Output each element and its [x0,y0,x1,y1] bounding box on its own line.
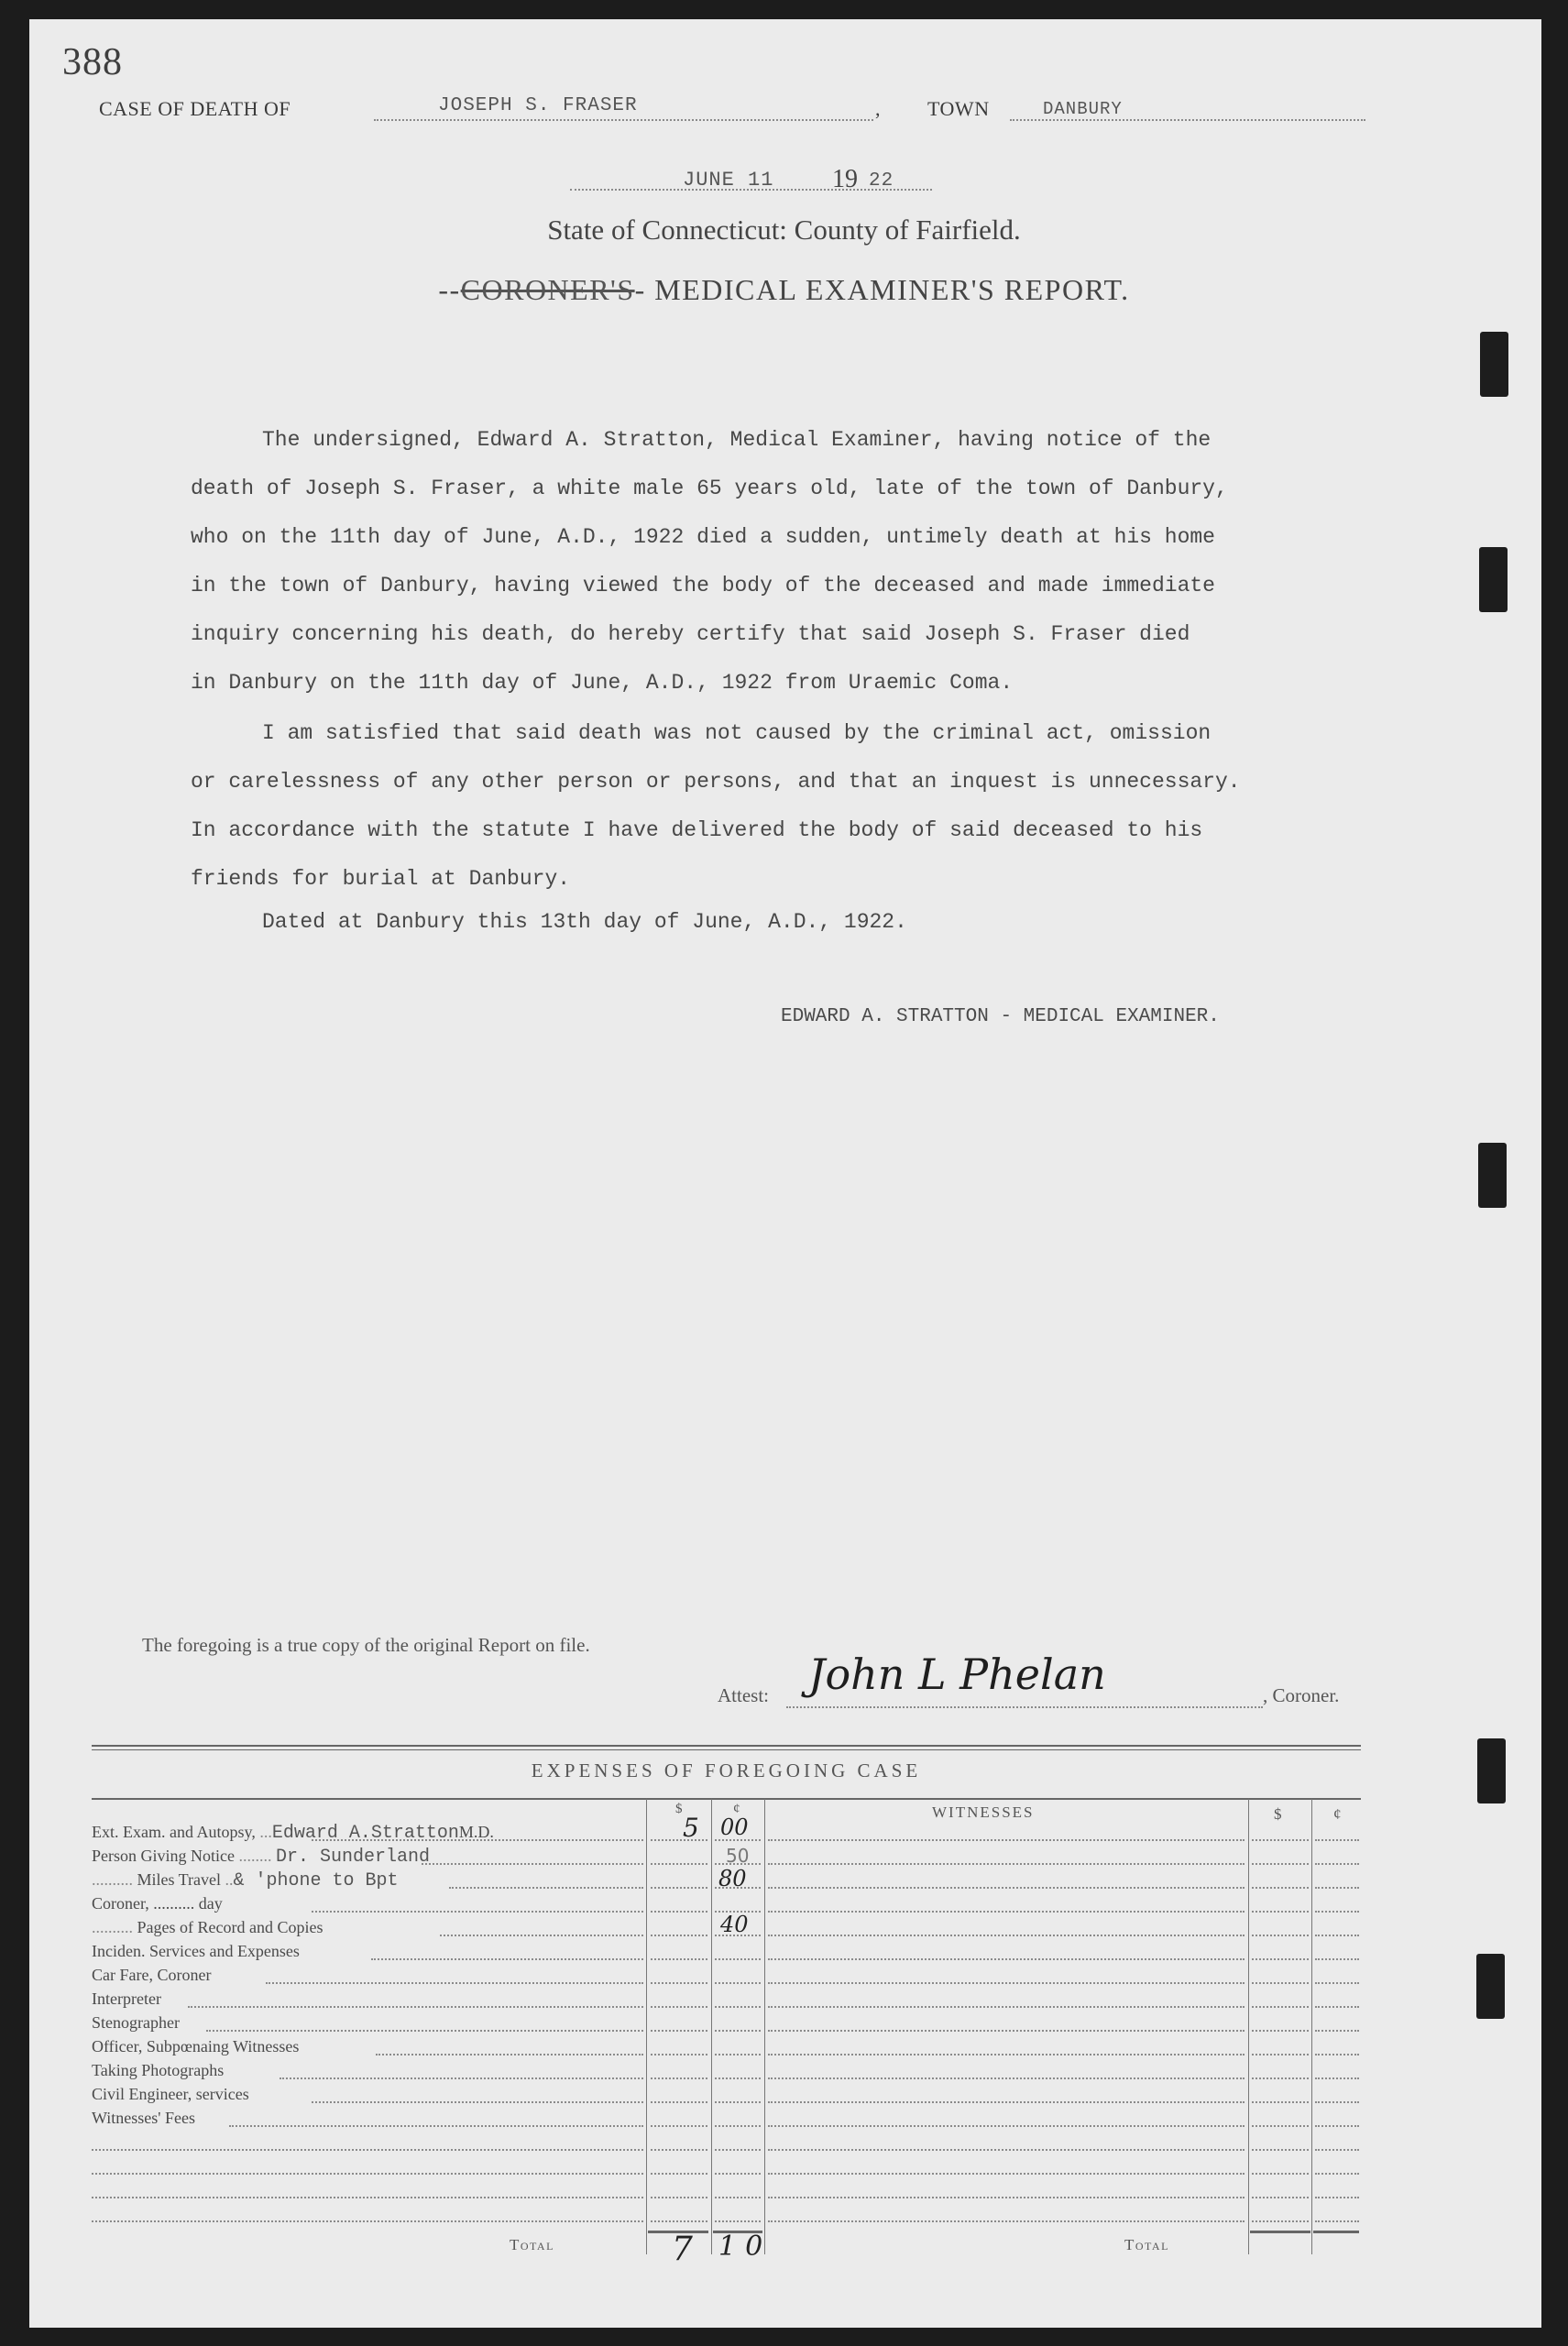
witness-dollar-header: $ [1274,1805,1282,1824]
expense-row-stenographer: Stenographer [92,2011,180,2034]
body-line: The undersigned, Edward A. Stratton, Med… [191,416,1228,465]
body-line: I am satisfied that said death was not c… [191,709,1241,758]
attest-dotted-line [786,1706,1263,1708]
autopsy-dollars: 5 [683,1813,699,1843]
report-title-main: MEDICAL EXAMINER'S REPORT. [654,273,1129,306]
struck-coroners-word: CORONER'S [461,273,635,306]
expense-label: Interpreter [92,1987,161,2011]
witness-cent-header: ¢ [1333,1805,1342,1824]
body-line: death of Joseph S. Fraser, a white male … [191,465,1228,513]
case-name-dotted-line [374,119,873,121]
town-dotted-line [1010,119,1365,121]
expenses-header-rule [92,1798,1361,1800]
dated-line: Dated at Danbury this 13th day of June, … [262,898,907,947]
town-label: TOWN [927,97,990,121]
expense-label: Witnesses' Fees [92,2106,195,2130]
report-title: --CORONER'S- MEDICAL EXAMINER'S REPORT. [0,273,1568,307]
body-line: In accordance with the statute I have de… [191,806,1241,855]
expense-filled-name: & 'phone to Bpt [234,1870,399,1891]
body-paragraph-2: I am satisfied that said death was not c… [191,709,1241,904]
expenses-top-rule [92,1745,1361,1747]
body-paragraph-1: The undersigned, Edward A. Stratton, Med… [191,416,1228,707]
witness-dollar-column-line [1248,1799,1249,2254]
index-tab-5 [1476,1954,1505,2019]
expenses-top-rule-2 [92,1749,1361,1750]
expense-row-pages: .......... Pages of Record and Copies [92,1915,323,1939]
true-copy-statement: The foregoing is a true copy of the orig… [142,1634,590,1657]
index-tab-2 [1479,547,1508,612]
state-county-line: State of Connecticut: County of Fairfiel… [0,214,1568,247]
expense-label: Ext. Exam. and Autopsy, [92,1820,256,1844]
town-value: DANBURY [1043,99,1123,119]
attest-label: Attest: [718,1684,769,1707]
dollar-header: $ [675,1802,683,1817]
witness-cent-total-rule [1313,2231,1359,2233]
cent-column-left-line [711,1799,712,2254]
expense-label: Officer, Subpœnaing Witnesses [92,2034,299,2058]
attest-signature: John L Phelan [808,1650,1106,1699]
case-name-comma: , [875,97,881,121]
body-line: in Danbury on the 11th day of June, A.D.… [191,659,1228,707]
total-cents: 10 [718,2231,772,2263]
expense-row-civil-engineer: Civil Engineer, services [92,2082,249,2106]
date-century: 19 [832,165,858,194]
miles-cents: 80 [718,1866,747,1891]
expense-row-witness-fees: Witnesses' Fees [92,2106,195,2130]
index-tab-3 [1478,1143,1507,1208]
notice-cents: 50 [726,1845,749,1867]
typed-signature: EDWARD A. STRATTON - MEDICAL EXAMINER. [781,1006,1220,1027]
witness-cent-column-line [1311,1799,1312,2254]
witness-total-label: Total [1124,2236,1169,2254]
total-dollars: 7 [672,2231,693,2268]
expense-filled-name: Dr. Sunderland [276,1847,430,1868]
expense-row-inciden: Inciden. Services and Expenses [92,1939,300,1963]
expense-label: Car Fare, Coroner [92,1963,211,1987]
expense-row-coroner-day: Coroner, .......... day [92,1891,223,1915]
index-tab-1 [1480,332,1508,397]
body-line: in the town of Danbury, having viewed th… [191,562,1228,610]
body-line: who on the 11th day of June, A.D., 1922 … [191,513,1228,562]
expense-label: Coroner, .......... day [92,1891,223,1915]
expense-label: Stenographer [92,2011,180,2034]
coroner-label: , Coroner. [1263,1684,1339,1707]
expense-row-photographs: Taking Photographs [92,2058,224,2082]
expense-row-miles: .......... Miles Travel ..& 'phone to Bp… [92,1868,399,1891]
date-year: 22 [869,170,894,192]
expense-label: Taking Photographs [92,2058,224,2082]
expenses-title: EXPENSES OF FOREGOING CASE [0,1759,1453,1782]
witnesses-header: WITNESSES [932,1803,1035,1822]
expense-row-notice: Person Giving Notice ........ Dr. Sunder… [92,1844,430,1868]
expenses-total-label: Total [510,2236,554,2254]
case-of-death-label: CASE OF DEATH OF [99,97,291,121]
body-line: friends for burial at Danbury. [191,855,1241,904]
expense-row-officer: Officer, Subpœnaing Witnesses [92,2034,299,2058]
pages-cents: 40 [720,1912,749,1937]
autopsy-cents: 00 [720,1814,749,1840]
expense-label: Inciden. Services and Expenses [92,1939,300,1963]
expense-row-interpreter: Interpreter [92,1987,161,2011]
date-month-day: JUNE 11 [683,169,773,192]
witnesses-column-left-line [764,1799,765,2254]
expense-row-car-fare: Car Fare, Coroner [92,1963,211,1987]
expense-label: Civil Engineer, services [92,2082,249,2106]
expense-suffix: M.D. [459,1823,494,1841]
index-tab-4 [1477,1738,1506,1803]
case-name-value: JOSEPH S. FRASER [438,95,638,116]
page-number: 388 [62,40,123,84]
expense-label: Pages of Record and Copies [137,1915,323,1939]
dollar-column-left-line [646,1799,647,2254]
body-line: or carelessness of any other person or p… [191,758,1241,806]
body-line: inquiry concerning his death, do hereby … [191,610,1228,659]
witness-dollar-total-rule [1250,2231,1310,2233]
expense-label: Miles Travel [137,1868,222,1891]
expense-label: Person Giving Notice [92,1844,235,1868]
